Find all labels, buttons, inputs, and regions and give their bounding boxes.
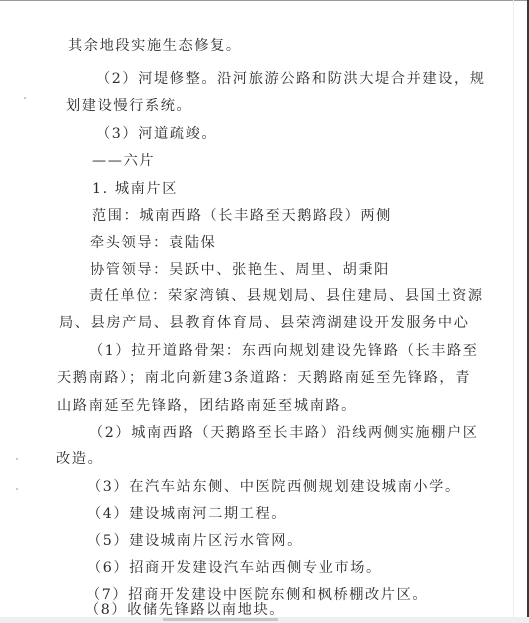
scan-speck bbox=[16, 488, 18, 490]
document-page: 其余地段实施生态修复。 （2）河堤修整。沿河旅游公路和防洪大堤合并建设，规 划建… bbox=[0, 0, 527, 617]
text-line: 山路南延至先锋路，团结路南延至城南路。 bbox=[57, 397, 357, 415]
horizontal-scrollbar-thumb[interactable] bbox=[163, 618, 278, 621]
scan-speck bbox=[16, 458, 18, 460]
text-line: （3）在汽车站东侧、中医院西侧规划建设城南小学。 bbox=[87, 478, 461, 496]
text-line: 范围：城南西路（长丰路至天鹅路段）两侧 bbox=[92, 207, 392, 225]
text-line: 局、县房产局、县教育体育局、县荣湾湖建设开发服务中心 bbox=[59, 314, 469, 332]
text-line: 划建设慢行系统。 bbox=[66, 97, 192, 115]
text-line: （6）招商开发建设汽车站西侧专业市场。 bbox=[87, 559, 382, 577]
text-line: 责任单位：荣家湾镇、县规划局、县住建局、县国土资源 bbox=[89, 287, 484, 305]
text-line: （2）城南西路（天鹅路至长丰路）沿线两侧实施棚户区 bbox=[89, 424, 479, 442]
text-line: （1）拉开道路骨架：东西向规划建设先锋路（长丰路至 bbox=[89, 342, 479, 360]
text-line: （5）建设城南片区污水管网。 bbox=[87, 532, 303, 550]
page-edge bbox=[513, 0, 514, 617]
section-heading: ——六片 bbox=[92, 152, 155, 170]
text-line: 牵头领导：袁陆保 bbox=[90, 234, 216, 252]
horizontal-scrollbar[interactable] bbox=[0, 617, 529, 623]
subsection-heading: 1. 城南片区 bbox=[92, 180, 178, 198]
text-line: （3）河道疏竣。 bbox=[96, 125, 217, 143]
text-line: 协管领导：吴跃中、张艳生、周里、胡秉阳 bbox=[90, 261, 390, 279]
text-line: 天鹅南路）；南北向新建3条道路：天鹅路南延至先锋路，青 bbox=[57, 369, 471, 387]
text-line: （2）河堤修整。沿河旅游公路和防洪大堤合并建设，规 bbox=[96, 70, 486, 88]
text-line: 其余地段实施生态修复。 bbox=[68, 37, 242, 55]
text-line: 改造。 bbox=[56, 450, 103, 468]
scan-speck bbox=[24, 97, 26, 99]
text-line: （4）建设城南河二期工程。 bbox=[87, 505, 287, 523]
